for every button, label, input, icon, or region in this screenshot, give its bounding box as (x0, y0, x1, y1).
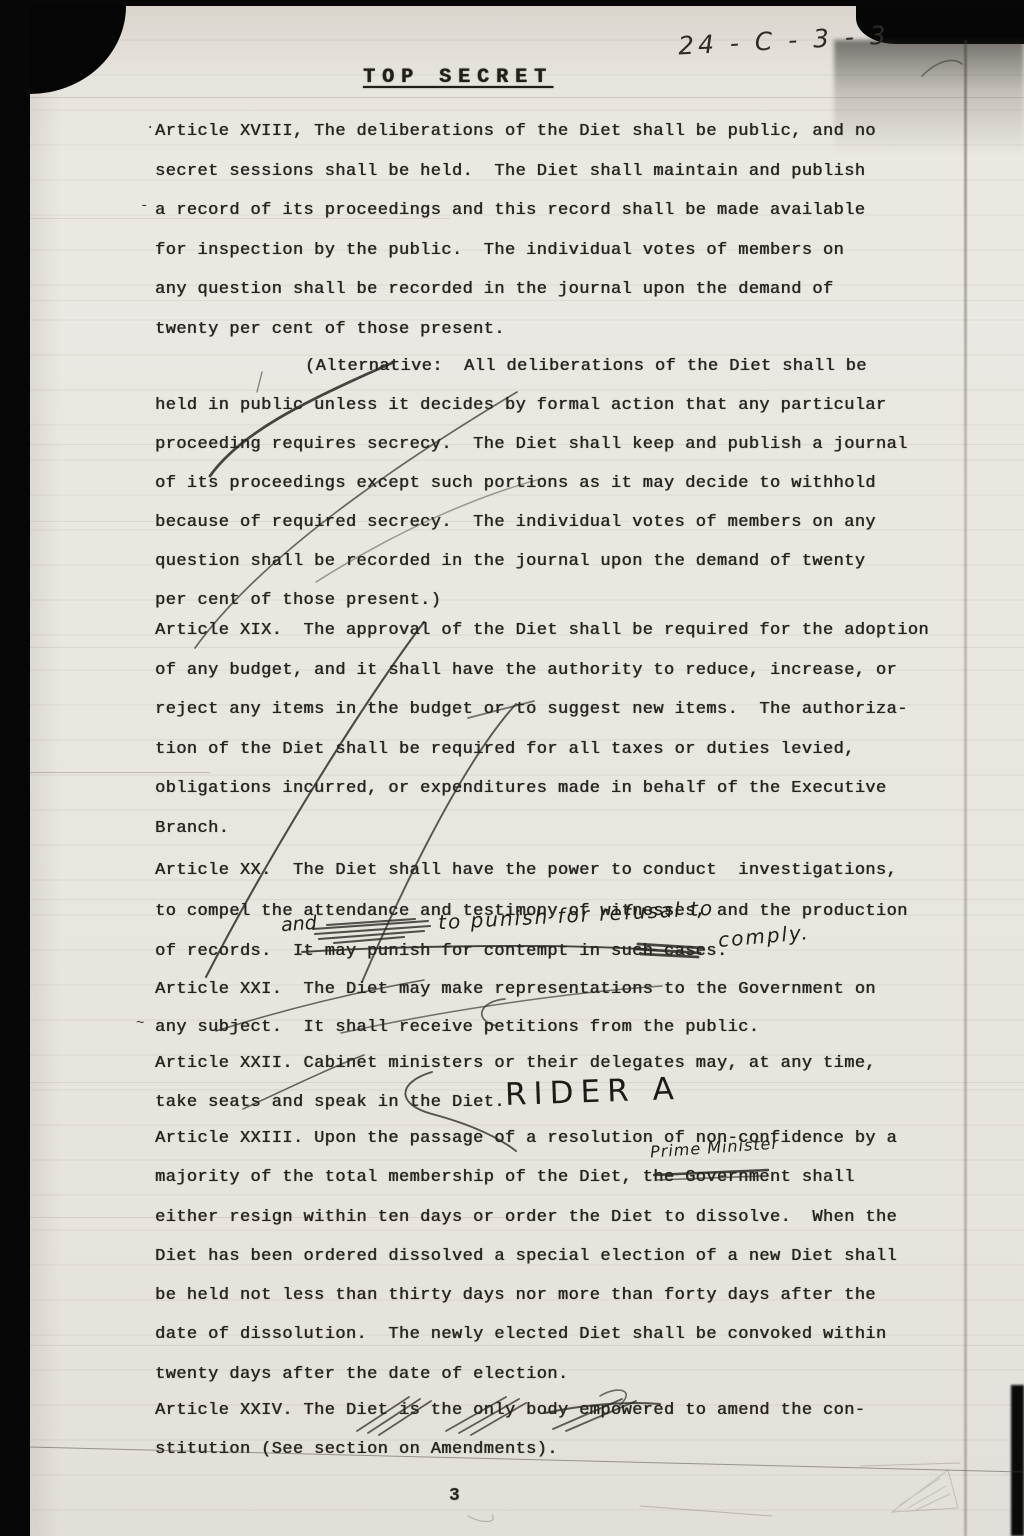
typed-line: obligations incurred, or expenditures ma… (155, 769, 929, 809)
typed-line: Article XX. The Diet shall have the powe… (155, 851, 908, 892)
typed-line: of its proceedings except such portions … (155, 464, 908, 503)
typed-line: held in public unless it decides by form… (155, 386, 908, 425)
typed-line: Article XXIV. The Diet is the only body … (155, 1391, 865, 1430)
typed-line: either resign within ten days or order t… (155, 1198, 897, 1237)
typed-line: because of required secrecy. The individ… (155, 503, 908, 542)
typed-line: twenty days after the date of election. (155, 1355, 897, 1394)
typed-line: of any budget, and it shall have the aut… (155, 651, 929, 691)
typed-line: a record of its proceedings and this rec… (155, 191, 876, 231)
typed-line: date of dissolution. The newly elected D… (155, 1315, 897, 1354)
typed-line: reject any items in the budget or to sug… (155, 690, 929, 730)
typed-line: any question shall be recorded in the jo… (155, 270, 876, 310)
typed-line: Article XXIII. Upon the passage of a res… (155, 1119, 897, 1158)
paragraph-article-24: Article XXIV. The Diet is the only body … (155, 1391, 865, 1469)
typed-line: Diet has been ordered dissolved a specia… (155, 1237, 897, 1276)
margin-mark: ~ (136, 1016, 144, 1032)
page-number: 3 (449, 1486, 460, 1506)
typed-line: Article XIX. The approval of the Diet sh… (155, 611, 929, 651)
paragraph-article-18: Article XVIII, The deliberations of the … (155, 112, 876, 349)
paragraph-article-21: Article XXI. The Diet may make represent… (155, 971, 876, 1047)
typed-line: tion of the Diet shall be required for a… (155, 730, 929, 770)
typed-line: Branch. (155, 809, 929, 849)
typed-line: be held not less than thirty days nor mo… (155, 1276, 897, 1315)
scan-edge-black-bottom-right (1011, 1385, 1024, 1536)
handwritten-rider-a: RIDER A (504, 1071, 681, 1113)
typed-line: secret sessions shall be held. The Diet … (155, 152, 876, 192)
typed-line: any subject. It shall receive petitions … (155, 1009, 876, 1047)
paragraph-alternative: (Alternative: All deliberations of the D… (155, 347, 908, 620)
paragraph-article-23: Article XXIII. Upon the passage of a res… (155, 1119, 897, 1394)
typed-line: question shall be recorded in the journa… (155, 542, 908, 581)
typed-line: twenty per cent of those present. (155, 310, 876, 350)
margin-mark: - (140, 198, 148, 214)
typed-line: majority of the total membership of the … (155, 1158, 897, 1197)
typed-line: for inspection by the public. The indivi… (155, 231, 876, 271)
typed-line: Article XXI. The Diet may make represent… (155, 971, 876, 1009)
typed-line: Article XVIII, The deliberations of the … (155, 112, 876, 152)
typed-line: (Alternative: All deliberations of the D… (155, 347, 908, 386)
typed-line: proceeding requires secrecy. The Diet sh… (155, 425, 908, 464)
vertical-crease (964, 40, 967, 1536)
margin-mark: · (146, 120, 154, 136)
typed-line: stitution (See section on Amendments). (155, 1430, 865, 1469)
classification-banner: TOP SECRET (363, 66, 553, 89)
handwritten-insertion-and: and (280, 912, 317, 936)
paragraph-article-19: Article XIX. The approval of the Diet sh… (155, 611, 929, 848)
scanned-document: { "page": { "classification": "TOP SECRE… (0, 0, 1024, 1536)
